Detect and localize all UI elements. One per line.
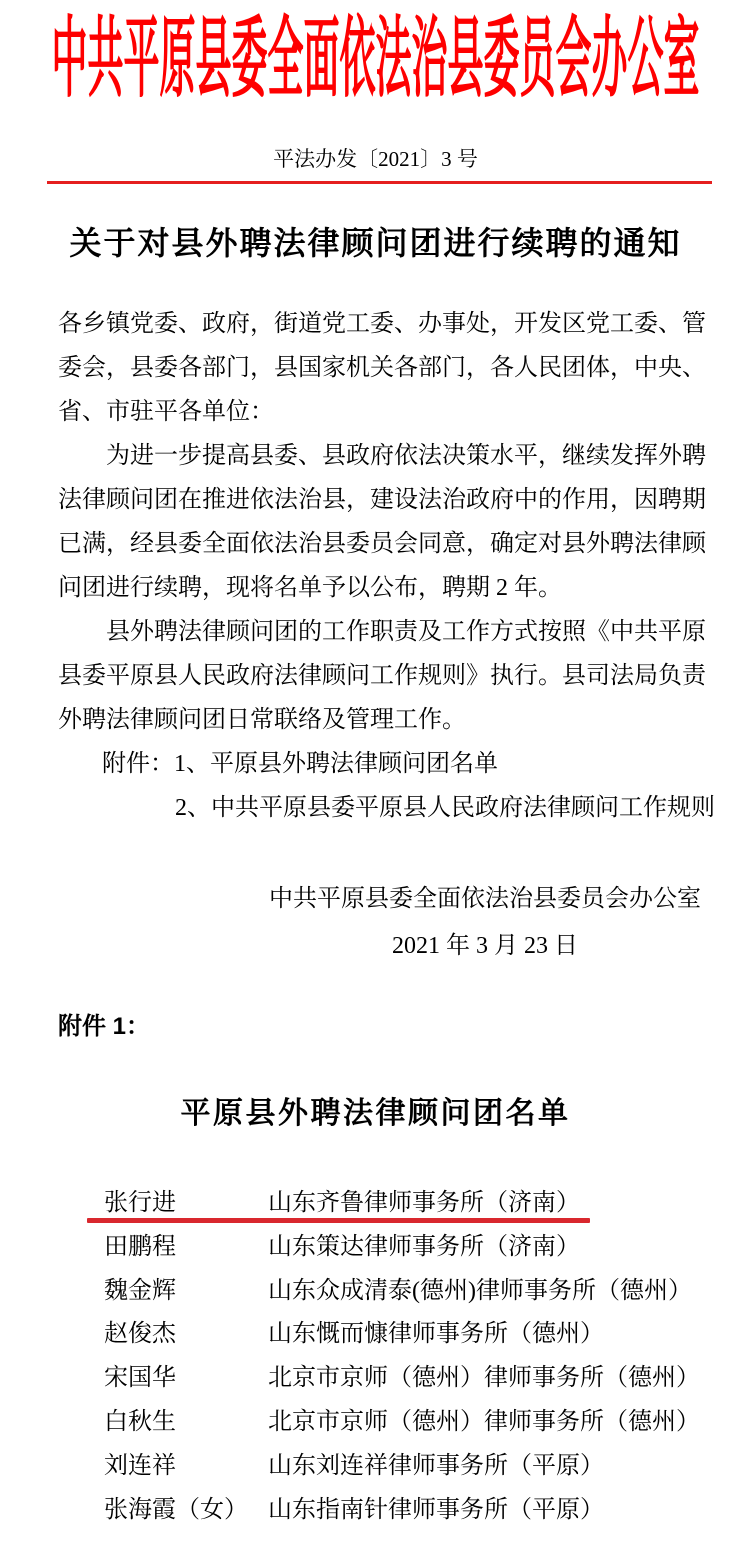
advisor-row: 宋国华 北京市京师（德州）律师事务所（德州） [0,1363,751,1393]
body-line: 各乡镇党委、政府，街道党工委、办事处，开发区党工委、管 [58,309,706,339]
body-line: 县外聘法律顾问团的工作职责及工作方式按照《中共平原 [106,617,706,647]
advisor-firm-name: 山东慨而慷律师事务所（德州） [268,1319,604,1349]
notice-title: 关于对县外聘法律顾问团进行续聘的通知 [0,226,751,260]
attachment-label: 附件 1： [58,1012,150,1042]
body-line: 外聘法律顾问团日常联络及管理工作。 [58,705,466,735]
advisor-firm-name: 山东众成清泰(德州)律师事务所（德州） [268,1276,692,1306]
official-document-page: { "colors": { "letterhead_red": "#fe0000… [0,0,751,1545]
advisor-firm-name: 山东指南针律师事务所（平原） [268,1495,604,1525]
advisor-row: 赵俊杰 山东慨而慷律师事务所（德州） [0,1319,751,1349]
body-line: 委会，县委各部门，县国家机关各部门，各人民团体，中央、 [58,353,706,383]
advisor-name: 魏金辉 [104,1276,176,1306]
advisor-firm-name: 山东齐鲁律师事务所（济南） [268,1188,580,1218]
advisor-firm-name: 北京市京师（德州）律师事务所（德州） [268,1407,700,1437]
attachment-list-line: 附件：1、平原县外聘法律顾问团名单 [102,749,498,779]
body-line: 省、市驻平各单位： [58,397,274,427]
advisor-name: 宋国华 [104,1363,176,1393]
advisor-row: 张海霞（女） 山东指南针律师事务所（平原） [0,1495,751,1525]
advisor-row: 张行进 山东齐鲁律师事务所（济南） [0,1188,751,1218]
advisor-name: 刘连祥 [104,1451,176,1481]
body-line: 已满，经县委全面依法治县委员会同意，确定对县外聘法律顾 [58,529,706,559]
letterhead-org-name: 中共平原县委全面依法治县委员会办公室 [0,8,751,111]
advisor-name: 赵俊杰 [104,1319,176,1349]
advisor-firm-name: 山东策达律师事务所（济南） [268,1232,580,1262]
red-emphasis-underline [87,1218,590,1223]
advisor-name: 张行进 [104,1188,176,1218]
body-line: 县委平原县人民政府法律顾问工作规则》执行。县司法局负责 [58,661,706,691]
body-line: 问团进行续聘，现将名单予以公布，聘期 2 年。 [58,573,562,603]
advisor-firm-name: 山东刘连祥律师事务所（平原） [268,1451,604,1481]
signature-block: 中共平原县委全面依法治县委员会办公室 2021 年 3 月 23 日 [260,884,710,961]
attachment-list-line: 2、中共平原县委平原县人民政府法律顾问工作规则 [175,793,715,823]
body-line: 为进一步提高县委、县政府依法决策水平，继续发挥外聘 [106,441,706,471]
letterhead-divider-line [47,181,712,184]
document-number: 平法办发〔2021〕3 号 [0,146,751,172]
advisor-name: 张海霞（女） [104,1495,248,1525]
signature-date: 2021 年 3 月 23 日 [260,931,710,961]
advisor-row: 刘连祥 山东刘连祥律师事务所（平原） [0,1451,751,1481]
attachment-heading: 平原县外聘法律顾问团名单 [0,1096,751,1132]
advisor-firm-name: 北京市京师（德州）律师事务所（德州） [268,1363,700,1393]
advisor-row: 魏金辉 山东众成清泰(德州)律师事务所（德州） [0,1276,751,1306]
body-line: 法律顾问团在推进依法治县，建设法治政府中的作用，因聘期 [58,485,706,515]
advisor-row: 白秋生 北京市京师（德州）律师事务所（德州） [0,1407,751,1437]
advisor-row: 田鹏程 山东策达律师事务所（济南） [0,1232,751,1262]
signature-org: 中共平原县委全面依法治县委员会办公室 [260,884,710,914]
advisor-name: 田鹏程 [104,1232,176,1262]
advisor-name: 白秋生 [104,1407,176,1437]
